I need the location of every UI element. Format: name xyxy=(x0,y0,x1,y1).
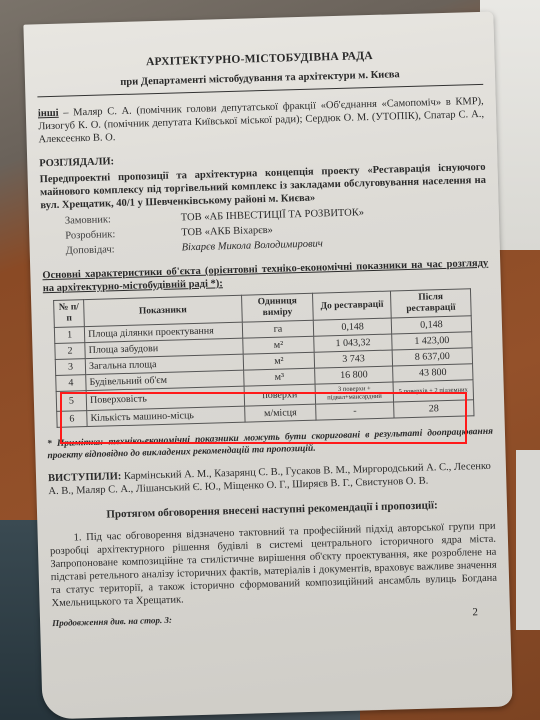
others-paragraph: інші – Маляр С. А. (помічник голови депу… xyxy=(38,95,485,146)
speakers-paragraph: ВИСТУПИЛИ: Кармінський А. М., Казарянц С… xyxy=(48,460,495,498)
column-header: № п/п xyxy=(54,300,85,328)
page-footer: Продовження див. на стор. 3: 2 xyxy=(52,606,498,630)
detail-key: Замовник: xyxy=(65,212,181,226)
detail-key: Розробник: xyxy=(65,227,181,241)
row-number: 1 xyxy=(54,327,85,344)
page-number: 2 xyxy=(472,606,498,619)
continued-note: Продовження див. на стор. 3: xyxy=(52,615,172,630)
recommendation-paragraph-1: 1. Під час обговорення відзначено тактов… xyxy=(50,520,498,610)
document-page: АРХІТЕКТУРНО-МІСТОБУДІВНА РАДА при Депар… xyxy=(23,12,512,720)
others-label: інші xyxy=(38,108,59,120)
red-highlight-box xyxy=(60,392,467,444)
detail-key: Доповідач: xyxy=(66,242,182,256)
row-number: 2 xyxy=(55,343,86,360)
column-header: Одиниця виміру xyxy=(241,293,313,322)
others-text: – Маляр С. А. (помічник голови депутатсь… xyxy=(38,96,484,145)
speakers-label: ВИСТУПИЛИ: xyxy=(48,471,122,484)
row-number: 3 xyxy=(55,359,86,376)
background-paper-sheet-lower xyxy=(516,450,540,630)
document-subtitle: при Департаменті містобудування та архіт… xyxy=(37,67,483,90)
recommendations-title: Протягом обговорення внесені наступні ре… xyxy=(49,498,495,522)
project-details: Замовник:ТОВ «АБ ІНВЕСТИЦІЇ ТА РОЗВИТОК»… xyxy=(41,204,488,257)
row-number: 4 xyxy=(56,375,87,392)
project-title: Передпроектні пропозиції та архітектурна… xyxy=(40,161,487,212)
document-title: АРХІТЕКТУРНО-МІСТОБУДІВНА РАДА xyxy=(36,47,482,71)
column-header: Після реставрації xyxy=(390,289,471,318)
column-header: До реставрації xyxy=(313,291,391,320)
